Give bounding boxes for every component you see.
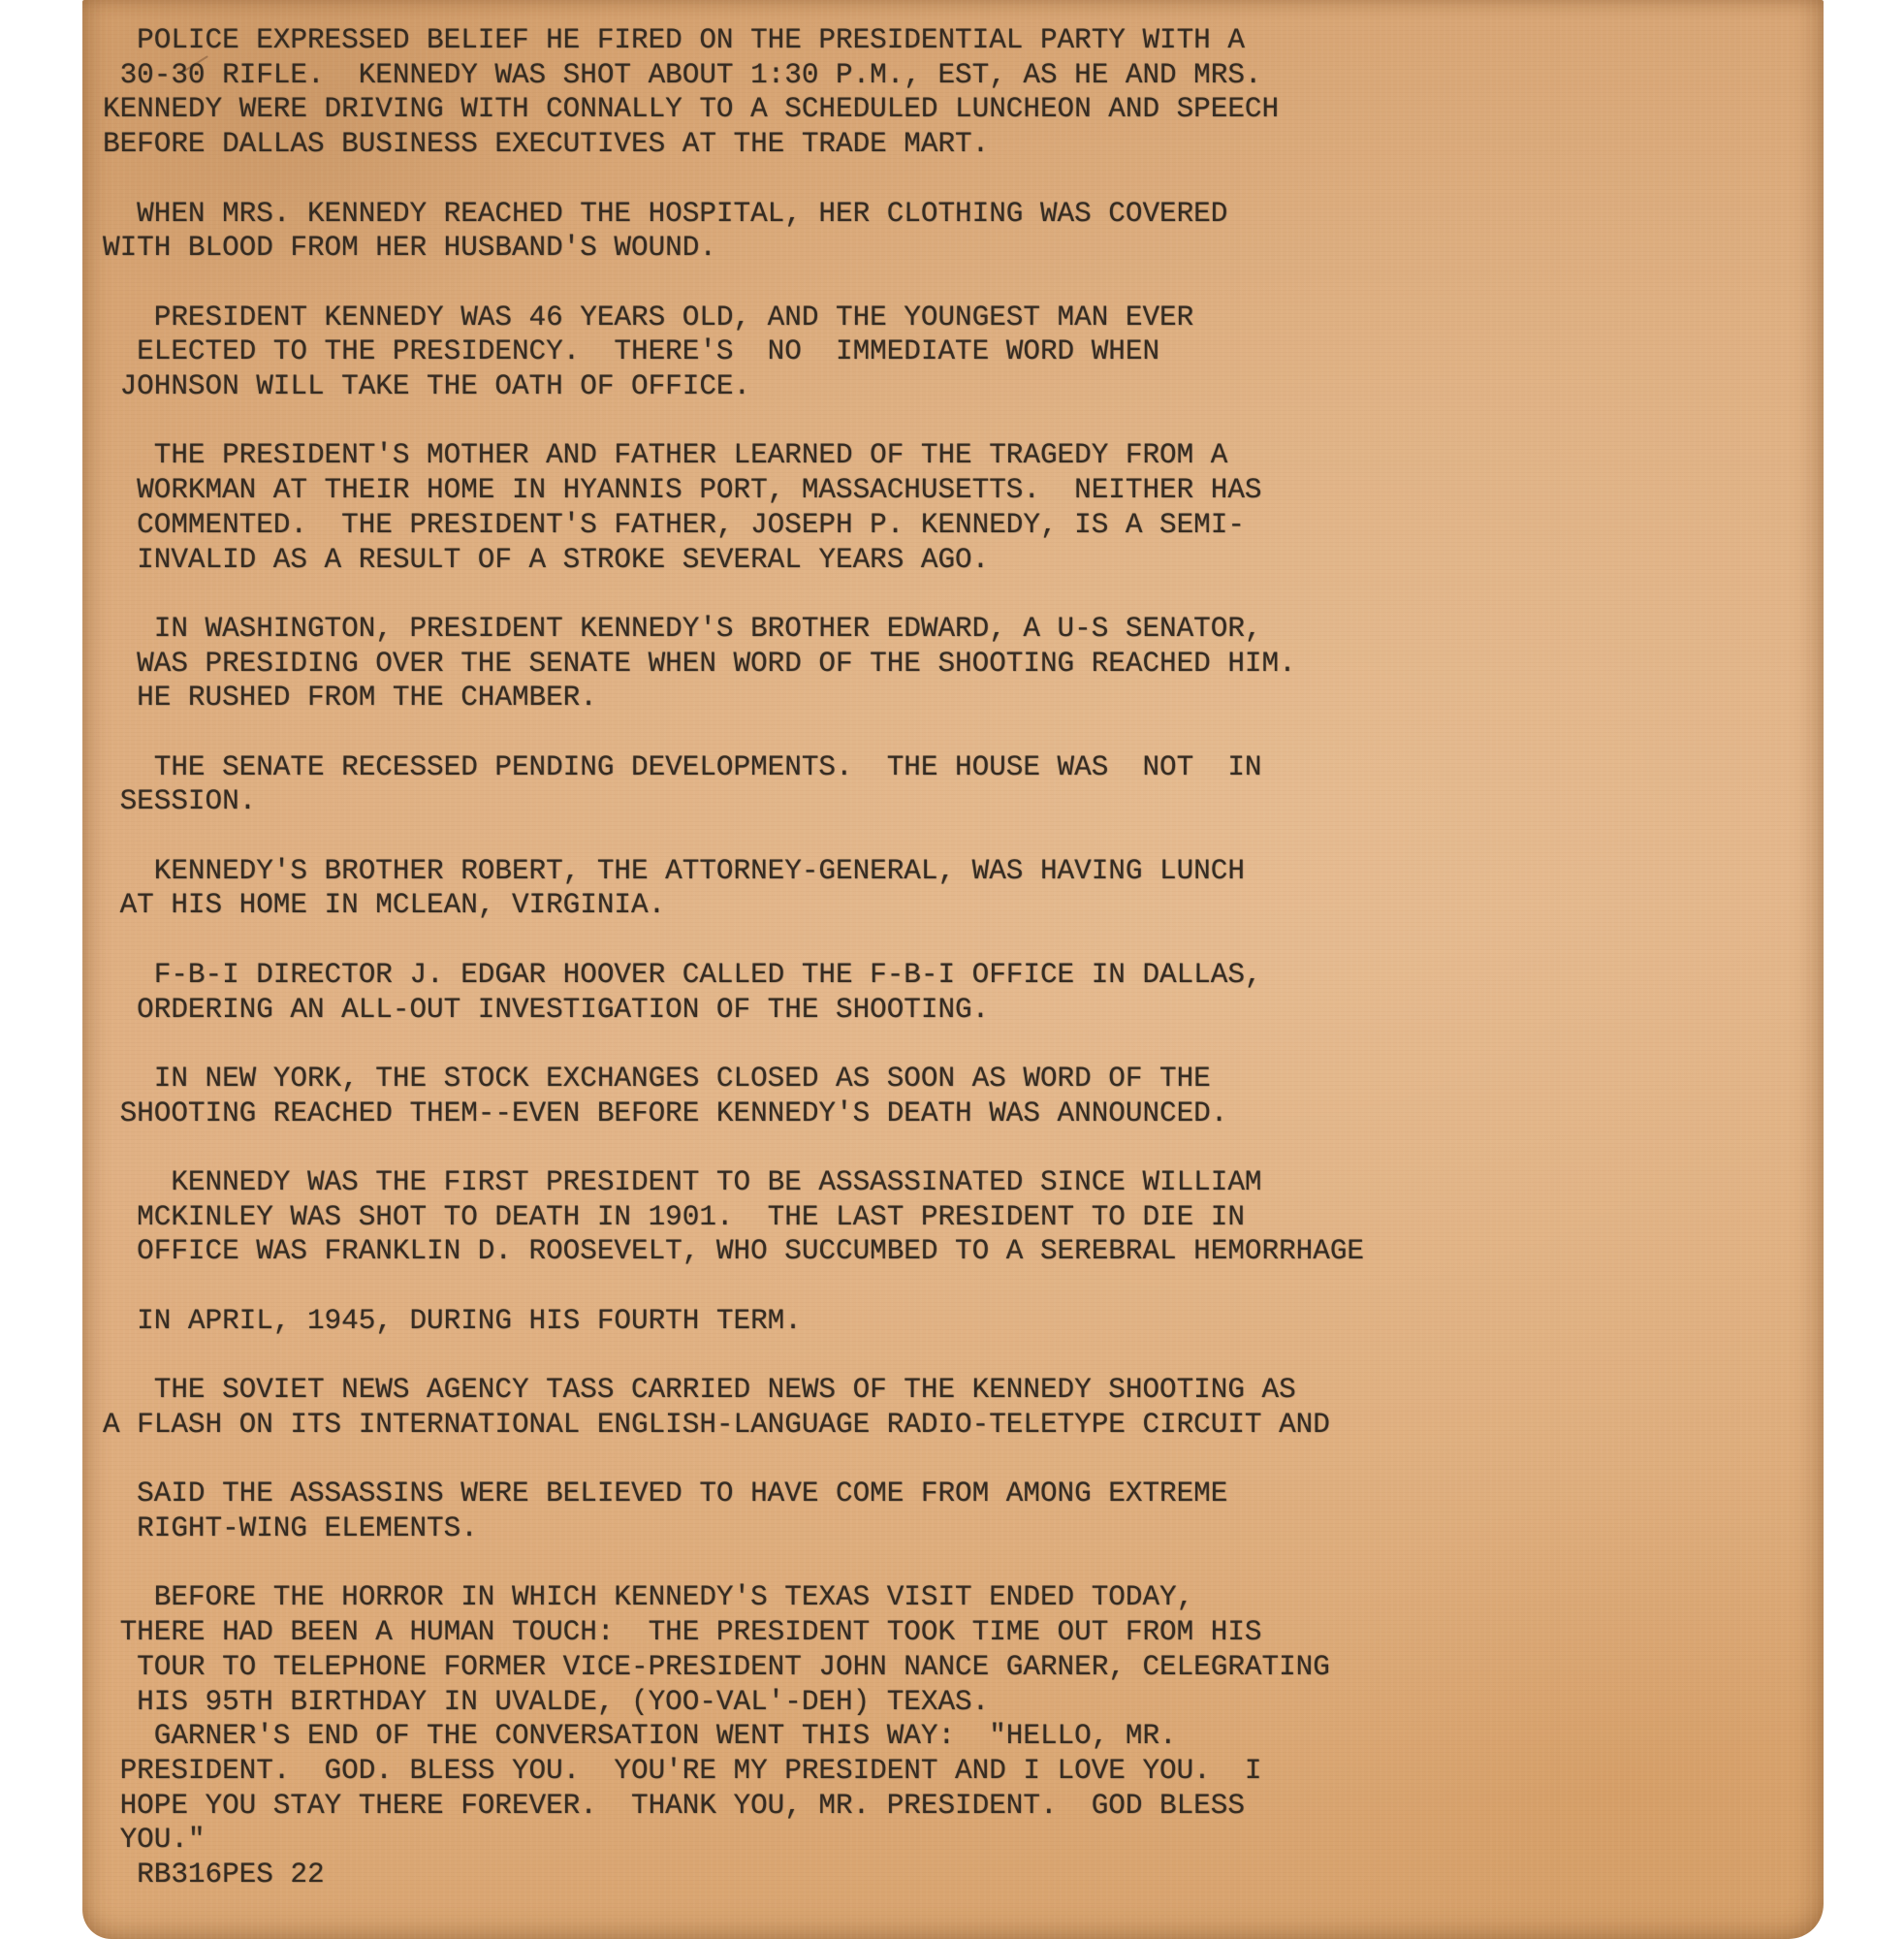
dispatch-paragraph: WHEN MRS. KENNEDY REACHED THE HOSPITAL, … (103, 197, 1809, 266)
dispatch-paragraph: IN NEW YORK, THE STOCK EXCHANGES CLOSED … (103, 1062, 1809, 1130)
dispatch-paragraph: THE PRESIDENT'S MOTHER AND FATHER LEARNE… (103, 438, 1809, 577)
dispatch-paragraph: IN WASHINGTON, PRESIDENT KENNEDY'S BROTH… (103, 612, 1809, 715)
dispatch-paragraph: KENNEDY WAS THE FIRST PRESIDENT TO BE AS… (103, 1165, 1809, 1339)
dispatch-paragraph: THE SOVIET NEWS AGENCY TASS CARRIED NEWS… (103, 1373, 1809, 1546)
dispatch-paragraph: THE SENATE RECESSED PENDING DEVELOPMENTS… (103, 750, 1809, 819)
photo-background: POLICE EXPRESSED BELIEF HE FIRED ON THE … (0, 0, 1904, 1939)
dispatch-paragraph: BEFORE THE HORROR IN WHICH KENNEDY'S TEX… (103, 1580, 1809, 1891)
dispatch-paragraph: F-B-I DIRECTOR J. EDGAR HOOVER CALLED TH… (103, 958, 1809, 1027)
dispatch-paragraph: KENNEDY'S BROTHER ROBERT, THE ATTORNEY-G… (103, 854, 1809, 923)
dispatch-paragraph: PRESIDENT KENNEDY WAS 46 YEARS OLD, AND … (103, 301, 1809, 404)
dispatch-paragraph: POLICE EXPRESSED BELIEF HE FIRED ON THE … (103, 23, 1809, 162)
dispatch-text: POLICE EXPRESSED BELIEF HE FIRED ON THE … (103, 23, 1809, 1892)
